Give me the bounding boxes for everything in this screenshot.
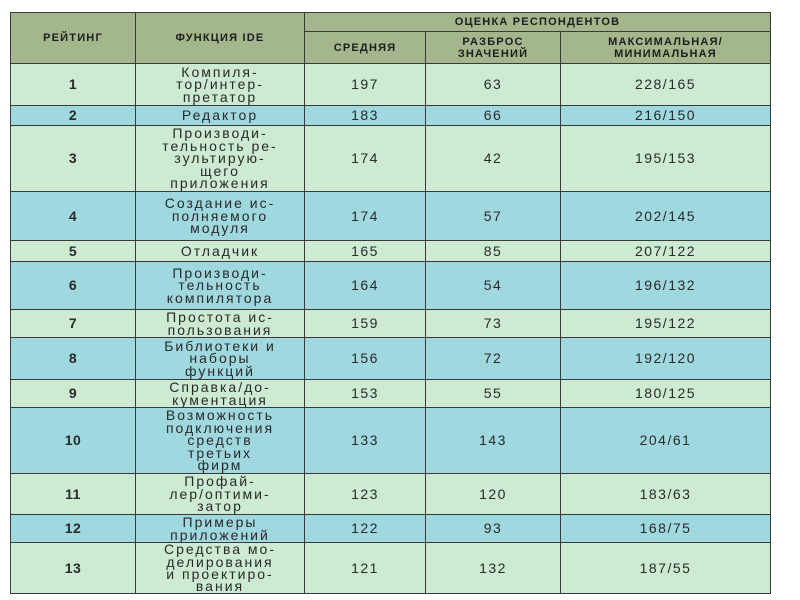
spread-cell: 143 (426, 408, 561, 474)
function-cell: Редактор (136, 106, 305, 126)
header-spread: РАЗБРОС ЗНАЧЕНИЙ (426, 32, 561, 64)
function-cell: Примеры приложений (136, 515, 305, 543)
max-min-cell: 204/61 (561, 408, 771, 474)
table-row: 10Возможность подключения средств третьи… (11, 408, 771, 474)
rank-cell: 7 (11, 310, 136, 338)
max-min-cell: 196/132 (561, 262, 771, 310)
table-row: 11Профай- лер/оптими- затор123120183/63 (11, 474, 771, 515)
rank-cell: 6 (11, 262, 136, 310)
max-min-cell: 168/75 (561, 515, 771, 543)
max-min-cell: 216/150 (561, 106, 771, 126)
spread-cell: 63 (426, 64, 561, 106)
average-cell: 197 (305, 64, 426, 106)
spread-cell: 85 (426, 241, 561, 262)
average-cell: 159 (305, 310, 426, 338)
header-average: СРЕДНЯЯ (305, 32, 426, 64)
average-cell: 183 (305, 106, 426, 126)
max-min-cell: 195/153 (561, 126, 771, 192)
table-row: 5Отладчик16585207/122 (11, 241, 771, 262)
max-min-cell: 187/55 (561, 543, 771, 594)
function-cell: Производи- тельность компилятора (136, 262, 305, 310)
spread-cell: 54 (426, 262, 561, 310)
header-max-min: МАКСИМАЛЬНАЯ/ МИНИМАЛЬНАЯ (561, 32, 771, 64)
spread-cell: 42 (426, 126, 561, 192)
rank-cell: 5 (11, 241, 136, 262)
table-row: 6Производи- тельность компилятора1645419… (11, 262, 771, 310)
average-cell: 123 (305, 474, 426, 515)
header-respondent-rating: ОЦЕНКА РЕСПОНДЕНТОВ (305, 13, 771, 32)
max-min-cell: 228/165 (561, 64, 771, 106)
function-cell: Компиля- тор/интер- претатор (136, 64, 305, 106)
spread-cell: 132 (426, 543, 561, 594)
rank-cell: 9 (11, 380, 136, 408)
average-cell: 164 (305, 262, 426, 310)
function-cell: Библиотеки и наборы функций (136, 338, 305, 380)
average-cell: 156 (305, 338, 426, 380)
function-cell: Справка/до- кументация (136, 380, 305, 408)
table-row: 1Компиля- тор/интер- претатор19763228/16… (11, 64, 771, 106)
table-row: 9Справка/до- кументация15355180/125 (11, 380, 771, 408)
average-cell: 133 (305, 408, 426, 474)
header-function: ФУНКЦИЯ IDE (136, 13, 305, 64)
function-cell: Простота ис- пользования (136, 310, 305, 338)
rank-cell: 10 (11, 408, 136, 474)
max-min-cell: 195/122 (561, 310, 771, 338)
table-row: 3Производи- тельность ре- зультирую- щег… (11, 126, 771, 192)
spread-cell: 55 (426, 380, 561, 408)
max-min-cell: 180/125 (561, 380, 771, 408)
rank-cell: 12 (11, 515, 136, 543)
table-row: 12Примеры приложений12293168/75 (11, 515, 771, 543)
max-min-cell: 183/63 (561, 474, 771, 515)
spread-cell: 73 (426, 310, 561, 338)
table-row: 7Простота ис- пользования15973195/122 (11, 310, 771, 338)
header-rank: РЕЙТИНГ (11, 13, 136, 64)
average-cell: 174 (305, 192, 426, 241)
rank-cell: 2 (11, 106, 136, 126)
rank-cell: 1 (11, 64, 136, 106)
rank-cell: 13 (11, 543, 136, 594)
spread-cell: 66 (426, 106, 561, 126)
ide-rating-table-container: РЕЙТИНГ ФУНКЦИЯ IDE ОЦЕНКА РЕСПОНДЕНТОВ … (10, 12, 770, 594)
function-cell: Производи- тельность ре- зультирую- щего… (136, 126, 305, 192)
table-body: 1Компиля- тор/интер- претатор19763228/16… (11, 64, 771, 594)
rank-cell: 8 (11, 338, 136, 380)
function-cell: Средства мо- делирования и проектиро- ва… (136, 543, 305, 594)
average-cell: 153 (305, 380, 426, 408)
average-cell: 174 (305, 126, 426, 192)
function-cell: Возможность подключения средств третьих … (136, 408, 305, 474)
function-cell: Отладчик (136, 241, 305, 262)
table-row: 4Создание ис- полняемого модуля17457202/… (11, 192, 771, 241)
table-row: 13Средства мо- делирования и проектиро- … (11, 543, 771, 594)
spread-cell: 72 (426, 338, 561, 380)
average-cell: 121 (305, 543, 426, 594)
ide-rating-table: РЕЙТИНГ ФУНКЦИЯ IDE ОЦЕНКА РЕСПОНДЕНТОВ … (10, 12, 771, 594)
max-min-cell: 192/120 (561, 338, 771, 380)
rank-cell: 4 (11, 192, 136, 241)
function-cell: Создание ис- полняемого модуля (136, 192, 305, 241)
rank-cell: 3 (11, 126, 136, 192)
table-row: 8Библиотеки и наборы функций15672192/120 (11, 338, 771, 380)
spread-cell: 93 (426, 515, 561, 543)
spread-cell: 57 (426, 192, 561, 241)
average-cell: 122 (305, 515, 426, 543)
max-min-cell: 202/145 (561, 192, 771, 241)
rank-cell: 11 (11, 474, 136, 515)
max-min-cell: 207/122 (561, 241, 771, 262)
table-row: 2Редактор18366216/150 (11, 106, 771, 126)
spread-cell: 120 (426, 474, 561, 515)
function-cell: Профай- лер/оптими- затор (136, 474, 305, 515)
average-cell: 165 (305, 241, 426, 262)
